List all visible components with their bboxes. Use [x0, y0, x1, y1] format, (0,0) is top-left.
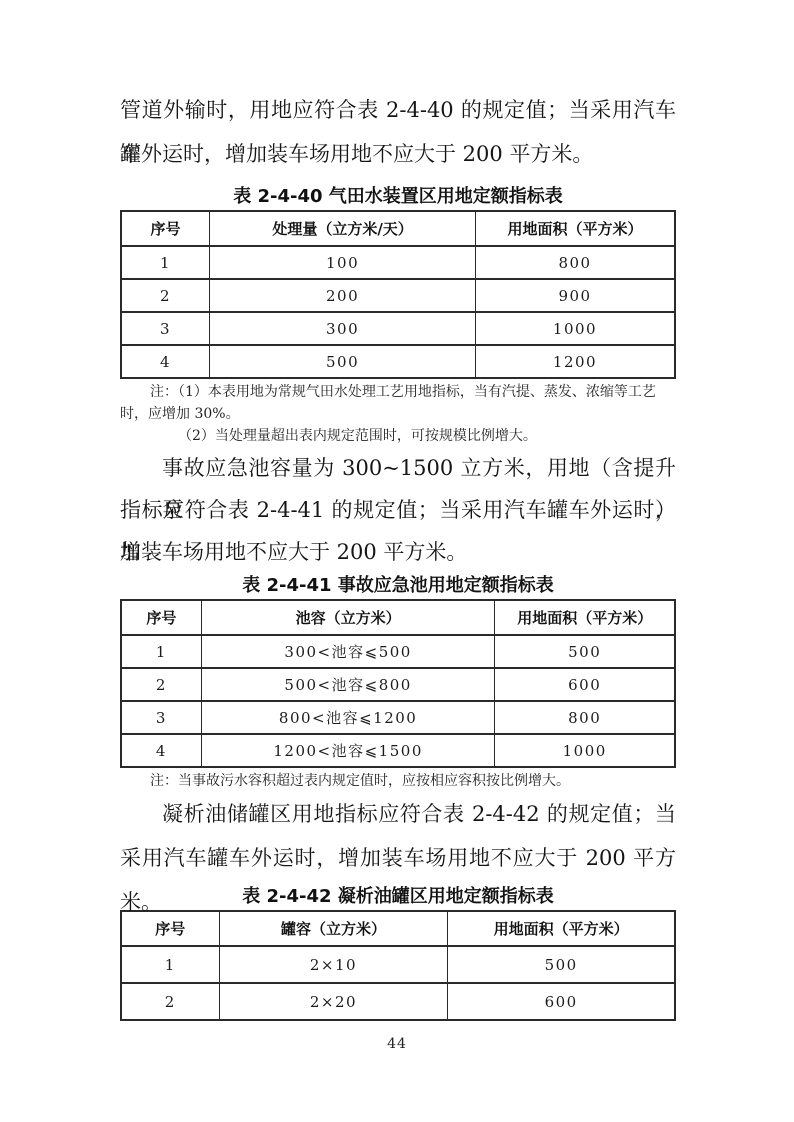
table-cell: 1200	[476, 345, 675, 378]
table-cell: 1000	[495, 734, 675, 767]
table-2-4-42: 序号 罐容（立方米） 用地面积（平方米） 1 2×10 500 2 2×20 6…	[120, 910, 676, 1021]
table-cell: 1	[121, 246, 210, 279]
table-cell: 300<池容⩽500	[201, 635, 495, 668]
table-cell: 4	[121, 345, 210, 378]
column-header-area: 用地面积（平方米）	[448, 911, 675, 946]
table-2-4-41-notes: 注：当事故污水容积超过表内规定值时，应按相应容积按比例增大。	[120, 770, 676, 792]
column-header-tank-volume: 罐容（立方米）	[219, 911, 448, 946]
table-row: 2 500<池容⩽800 600	[121, 668, 675, 701]
table-row: 4 1200<池容⩽1500 1000	[121, 734, 675, 767]
table-cell: 3	[121, 312, 210, 345]
table-row: 3 300 1000	[121, 312, 675, 345]
table-cell: 800	[476, 246, 675, 279]
table-cell: 2×20	[219, 983, 448, 1020]
table-row: 3 800<池容⩽1200 800	[121, 701, 675, 734]
table-cell: 1200<池容⩽1500	[201, 734, 495, 767]
paragraph-pipeline-transport: 管道外输时，用地应符合表 2-4-40 的规定值；当采用汽车罐 车外运时，增加装…	[120, 88, 676, 176]
table-cell: 1000	[476, 312, 675, 345]
table-cell: 4	[121, 734, 201, 767]
table-cell: 2	[121, 983, 219, 1020]
table-cell: 800	[495, 701, 675, 734]
table-cell: 100	[210, 246, 476, 279]
column-header-seq: 序号	[121, 600, 201, 635]
table-cell: 500	[448, 946, 675, 983]
table-cell: 200	[210, 279, 476, 312]
table-cell: 800<池容⩽1200	[201, 701, 495, 734]
table-cell: 3	[121, 701, 201, 734]
table-row: 1 100 800	[121, 246, 675, 279]
table-cell: 300	[210, 312, 476, 345]
table-cell: 2	[121, 279, 210, 312]
column-header-seq: 序号	[121, 211, 210, 246]
table-2-4-41-title: 表 2-4-41 事故应急池用地定额指标表	[120, 573, 676, 599]
table-2-4-41: 序号 池容（立方米） 用地面积（平方米） 1 300<池容⩽500 500 2 …	[120, 599, 676, 768]
paragraph-line: 管道外输时，用地应符合表 2-4-40 的规定值；当采用汽车罐	[120, 88, 676, 132]
table-2-4-40-title: 表 2-4-40 气田水装置区用地定额指标表	[120, 184, 676, 210]
column-header-pond-volume: 池容（立方米）	[201, 600, 495, 635]
table-2-4-40: 序号 处理量（立方米/天） 用地面积（平方米） 1 100 800 2 200 …	[120, 210, 676, 379]
table-cell: 500	[210, 345, 476, 378]
table-cell: 2×10	[219, 946, 448, 983]
paragraph-line: 车外运时，增加装车场用地不应大于 200 平方米。	[120, 132, 676, 176]
paragraph-line: 凝析油储罐区用地指标应符合表 2-4-42 的规定值；当	[120, 792, 676, 836]
paragraph-line: 指标应符合表 2-4-41 的规定值；当采用汽车罐车外运时，增	[120, 489, 676, 531]
table-cell: 500	[495, 635, 675, 668]
table-cell: 1	[121, 946, 219, 983]
table-row: 1 300<池容⩽500 500	[121, 635, 675, 668]
paragraph-condensate-oil: 凝析油储罐区用地指标应符合表 2-4-42 的规定值；当 采用汽车罐车外运时，增…	[120, 792, 676, 880]
table-cell: 1	[121, 635, 201, 668]
table-2-4-40-notes: 注：（1）本表用地为常规气田水处理工艺用地指标，当有汽提、蒸发、浓缩等工艺 时，…	[120, 381, 676, 447]
column-header-area: 用地面积（平方米）	[495, 600, 675, 635]
paragraph-line: 事故应急池容量为 300~1500 立方米，用地（含提升泵）	[120, 447, 676, 489]
note-line: 注：（1）本表用地为常规气田水处理工艺用地指标，当有汽提、蒸发、浓缩等工艺	[120, 381, 676, 403]
note-line: 时，应增加 30%。	[120, 403, 676, 425]
table-cell: 900	[476, 279, 675, 312]
table-2-4-42-title: 表 2-4-42 凝析油罐区用地定额指标表	[120, 884, 676, 910]
note-line: 注：当事故污水容积超过表内规定值时，应按相应容积按比例增大。	[120, 770, 676, 792]
table-header-row: 序号 处理量（立方米/天） 用地面积（平方米）	[121, 211, 675, 246]
column-header-capacity: 处理量（立方米/天）	[210, 211, 476, 246]
table-header-row: 序号 罐容（立方米） 用地面积（平方米）	[121, 911, 675, 946]
paragraph-emergency-pond: 事故应急池容量为 300~1500 立方米，用地（含提升泵） 指标应符合表 2-…	[120, 447, 676, 573]
table-cell: 600	[448, 983, 675, 1020]
paragraph-line: 加装车场用地不应大于 200 平方米。	[120, 531, 676, 573]
table-row: 2 200 900	[121, 279, 675, 312]
document-page: 管道外输时，用地应符合表 2-4-40 的规定值；当采用汽车罐 车外运时，增加装…	[0, 0, 794, 1122]
table-cell: 2	[121, 668, 201, 701]
table-row: 1 2×10 500	[121, 946, 675, 983]
note-line: （2）当处理量超出表内规定范围时，可按规模比例增大。	[120, 425, 676, 447]
table-cell: 600	[495, 668, 675, 701]
page-number: 44	[0, 1036, 794, 1052]
table-row: 4 500 1200	[121, 345, 675, 378]
column-header-area: 用地面积（平方米）	[476, 211, 675, 246]
paragraph-line: 采用汽车罐车外运时，增加装车场用地不应大于 200 平方米。	[120, 836, 676, 880]
table-cell: 500<池容⩽800	[201, 668, 495, 701]
table-header-row: 序号 池容（立方米） 用地面积（平方米）	[121, 600, 675, 635]
table-row: 2 2×20 600	[121, 983, 675, 1020]
